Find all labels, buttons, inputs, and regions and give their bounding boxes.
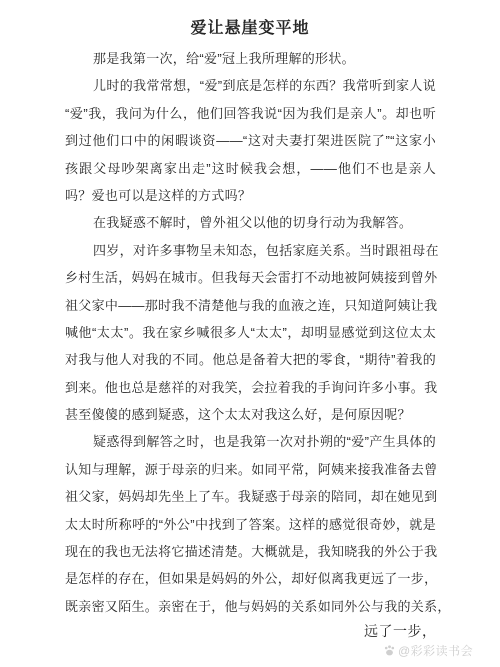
text-line: 认知与理解，源于母亲的归来。如同平常，阿姨来接我准备去曾 [65, 456, 436, 483]
body-text: 那是我第一次，给“爱”冠上我所理解的形状。儿时的我常常想，“爱”到底是怎样的东西… [65, 45, 436, 620]
text-line: 是怎样的存在，但如果是妈妈的外公，却好似离我更远了一步， [65, 565, 436, 592]
text-line: “爱”我，我问为什么，他们回答我说“因为我们是亲人”。却也听 [65, 100, 436, 127]
text-line: 到过他们口中的闲暇谈资——“这对夫妻打架进医院了”“这家小 [65, 127, 436, 154]
watermark-label: @彩彩读书会 [398, 642, 473, 659]
text-line: 祖父家，妈妈却先坐上了车。我疑惑于母亲的陪同，却在她见到 [65, 483, 436, 510]
trailing-text-fragment: 远了一步， [364, 621, 437, 641]
text-line: 乡村生活，妈妈在城市。但我每天会雷打不动地被阿姨接到曾外 [65, 264, 436, 291]
text-line: 儿时的我常常想，“爱”到底是怎样的东西？我常听到家人说 [65, 72, 436, 99]
text-line: 在我疑惑不解时，曾外祖父以他的切身行动为我解答。 [65, 209, 436, 236]
text-line: 那是我第一次，给“爱”冠上我所理解的形状。 [65, 45, 436, 72]
text-line: 疑惑得到解答之时，也是我第一次对扑朔的“爱”产生具体的 [65, 428, 436, 455]
document-page: 爱让悬崖变平地 那是我第一次，给“爱”冠上我所理解的形状。儿时的我常常想，“爱”… [0, 0, 500, 667]
text-line: 对我与他人对我的不同。他总是备着大把的零食，“期待”着我的 [65, 346, 436, 373]
text-line: 吗？爱也可以是这样的方式吗？ [65, 182, 436, 209]
watermark: @彩彩读书会 [383, 642, 473, 659]
document-title: 爱让悬崖变平地 [0, 15, 500, 38]
text-line: 孩跟父母吵架离家出走”这时候我会想，——他们不也是亲人 [65, 155, 436, 182]
text-line: 太太时所称呼的“外公”中找到了答案。这样的感觉很奇妙，就是 [65, 511, 436, 538]
text-line: 甚至傻傻的感到疑惑，这个太太对我这么好，是何原因呢？ [65, 401, 436, 428]
text-line: 喊他“太太”。我在家乡喊很多人“太太”，却明显感觉到这位太太 [65, 319, 436, 346]
paw-print-icon [383, 644, 396, 657]
text-line: 现在的我也无法将它描述清楚。大概就是，我知晓我的外公于我 [65, 538, 436, 565]
text-line: 既亲密又陌生。亲密在于，他与妈妈的关系如同外公与我的关系， [65, 593, 436, 620]
text-line: 祖父家中——那时我不清楚他与我的血液之连，只知道阿姨让我 [65, 292, 436, 319]
text-line: 四岁，对许多事物呈未知态，包括家庭关系。当时跟祖母在 [65, 237, 436, 264]
text-line: 到来。他也总是慈祥的对我笑，会拉着我的手询问许多小事。我 [65, 374, 436, 401]
